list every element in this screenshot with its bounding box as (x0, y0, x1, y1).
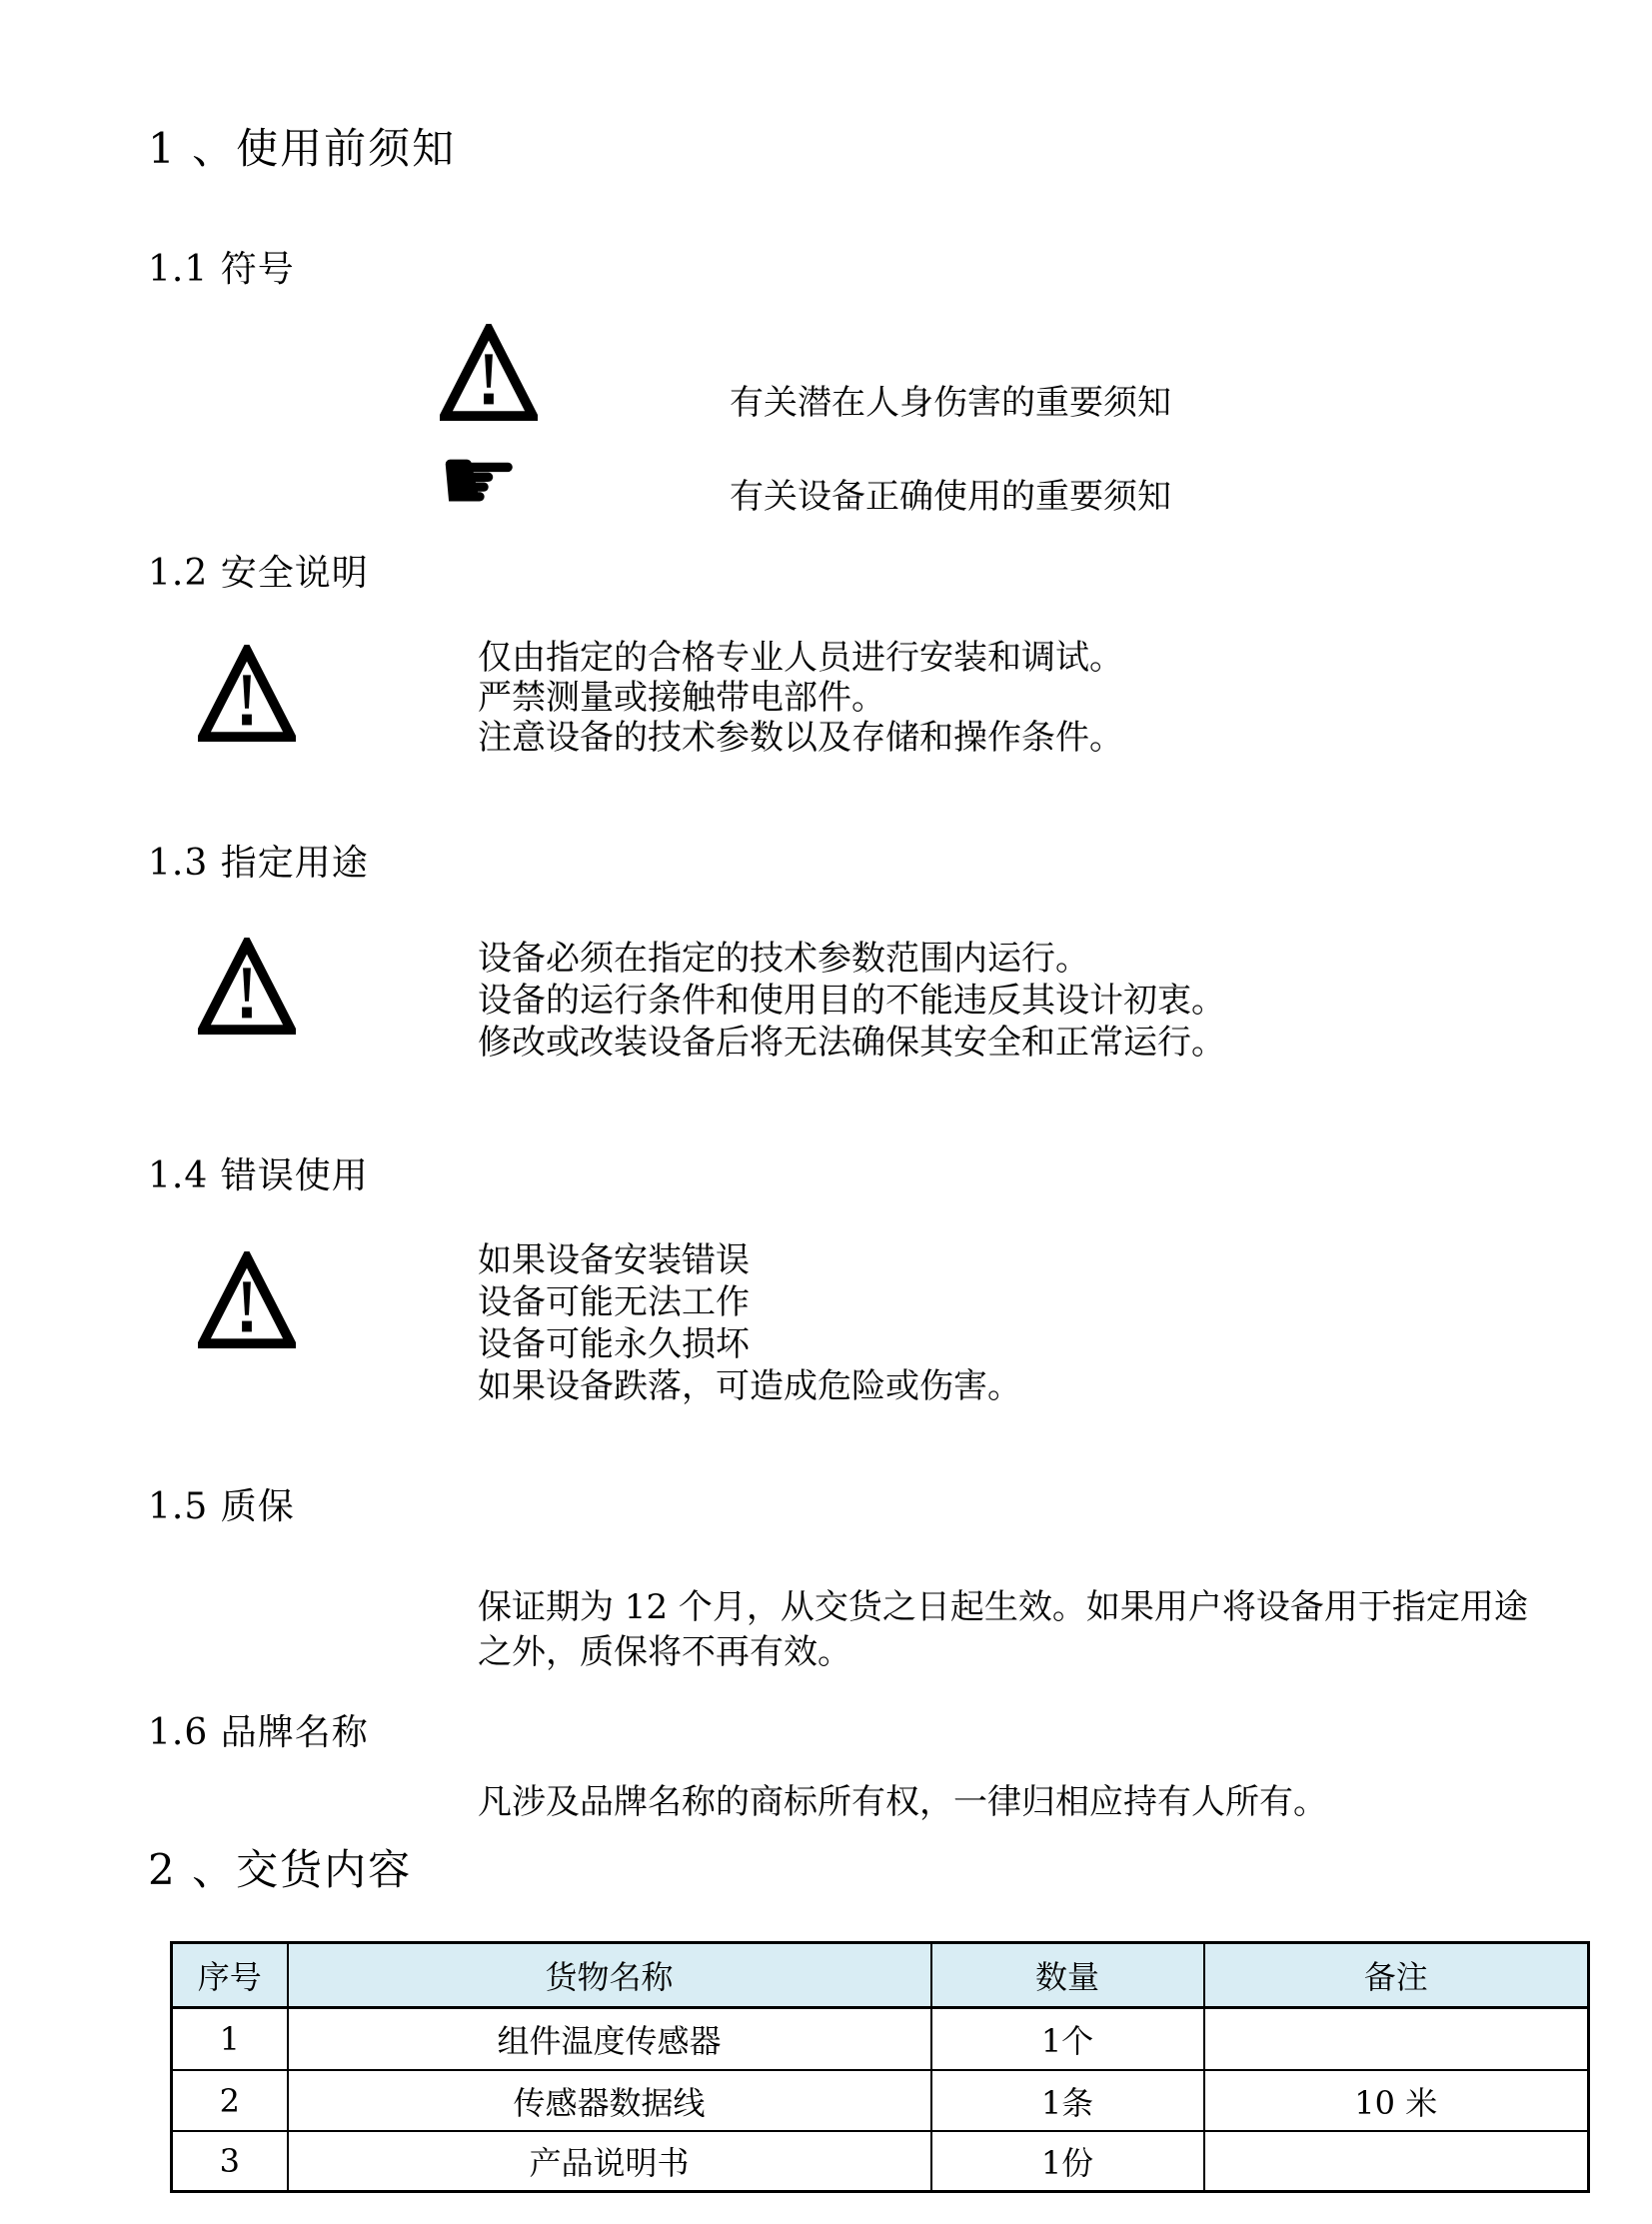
designated-use-text-block: 设备必须在指定的技术参数范围内运行。 设备的运行条件和使用目的不能违反其设计初衷… (478, 938, 1225, 1064)
manual-page: 1 、使用前须知 1.1 符号 有关潜在人身伤害的重要须知 ☛ 有关设备正确使用… (0, 0, 1652, 2224)
misuse-line: 如果设备安装错误 (478, 1239, 1021, 1281)
section-1-4-heading: 1.4 错误使用 (148, 1154, 369, 1197)
warning-triangle-icon (198, 645, 296, 745)
brand-text: 凡涉及品牌名称的商标所有权，一律归相应持有人所有。 (478, 1781, 1327, 1823)
table-row: 3 产品说明书 1份 (172, 2131, 1589, 2192)
cell-remark (1204, 2131, 1589, 2192)
pointing-hand-icon: ☛ (438, 450, 520, 513)
cell-index: 3 (172, 2131, 288, 2192)
cell-index: 2 (172, 2070, 288, 2131)
use-line: 修改或改装设备后将无法确保其安全和正常运行。 (478, 1022, 1225, 1064)
safety-text-block: 仅由指定的合格专业人员进行安装和调试。 严禁测量或接触带电部件。 注意设备的技术… (478, 638, 1123, 758)
cell-name: 组件温度传感器 (288, 2008, 931, 2071)
cell-qty: 1份 (931, 2131, 1204, 2192)
warranty-line: 之外，质保将不再有效。 (478, 1630, 1528, 1675)
warning-triangle-icon (198, 1251, 296, 1351)
use-line: 设备的运行条件和使用目的不能违反其设计初衷。 (478, 980, 1225, 1022)
cell-qty: 1条 (931, 2070, 1204, 2131)
delivery-table: 序号 货物名称 数量 备注 1 组件温度传感器 1个 2 传感器数据线 1条 (170, 1941, 1590, 2193)
cell-name: 传感器数据线 (288, 2070, 931, 2131)
table-row: 2 传感器数据线 1条 10 米 (172, 2070, 1589, 2131)
use-line: 设备必须在指定的技术参数范围内运行。 (478, 938, 1225, 980)
col-header-name: 货物名称 (288, 1943, 931, 2008)
delivery-table-wrapper: 序号 货物名称 数量 备注 1 组件温度传感器 1个 2 传感器数据线 1条 (170, 1941, 1590, 2193)
misuse-text-block: 如果设备安装错误 设备可能无法工作 设备可能永久损坏 如果设备跌落，可造成危险或… (478, 1239, 1021, 1407)
safety-line: 注意设备的技术参数以及存储和操作条件。 (478, 718, 1123, 758)
table-row: 1 组件温度传感器 1个 (172, 2008, 1589, 2071)
warning-triangle-icon (198, 938, 296, 1038)
chapter-1-heading: 1 、使用前须知 (148, 124, 456, 174)
col-header-index: 序号 (172, 1943, 288, 2008)
cell-name: 产品说明书 (288, 2131, 931, 2192)
section-1-5-heading: 1.5 质保 (148, 1485, 295, 1528)
cell-index: 1 (172, 2008, 288, 2071)
table-header-row: 序号 货物名称 数量 备注 (172, 1943, 1589, 2008)
col-header-remark: 备注 (1204, 1943, 1589, 2008)
symbol-hand-description: 有关设备正确使用的重要须知 (730, 476, 1171, 518)
misuse-line: 如果设备跌落，可造成危险或伤害。 (478, 1365, 1021, 1407)
section-1-2-heading: 1.2 安全说明 (148, 552, 369, 595)
misuse-line: 设备可能永久损坏 (478, 1323, 1021, 1365)
cell-qty: 1个 (931, 2008, 1204, 2071)
chapter-2-heading: 2 、交货内容 (148, 1845, 412, 1895)
safety-line: 仅由指定的合格专业人员进行安装和调试。 (478, 638, 1123, 678)
col-header-qty: 数量 (931, 1943, 1204, 2008)
cell-remark (1204, 2008, 1589, 2071)
warranty-text-block: 保证期为 12 个月，从交货之日起生效。如果用户将设备用于指定用途 之外，质保将… (478, 1585, 1528, 1675)
warning-triangle-icon (440, 324, 538, 424)
section-1-1-heading: 1.1 符号 (148, 248, 295, 291)
section-1-6-heading: 1.6 品牌名称 (148, 1711, 369, 1754)
misuse-line: 设备可能无法工作 (478, 1281, 1021, 1323)
symbol-warning-description: 有关潜在人身伤害的重要须知 (730, 382, 1171, 424)
safety-line: 严禁测量或接触带电部件。 (478, 678, 1123, 718)
warranty-line: 保证期为 12 个月，从交货之日起生效。如果用户将设备用于指定用途 (478, 1585, 1528, 1630)
cell-remark: 10 米 (1204, 2070, 1589, 2131)
section-1-3-heading: 1.3 指定用途 (148, 842, 369, 885)
